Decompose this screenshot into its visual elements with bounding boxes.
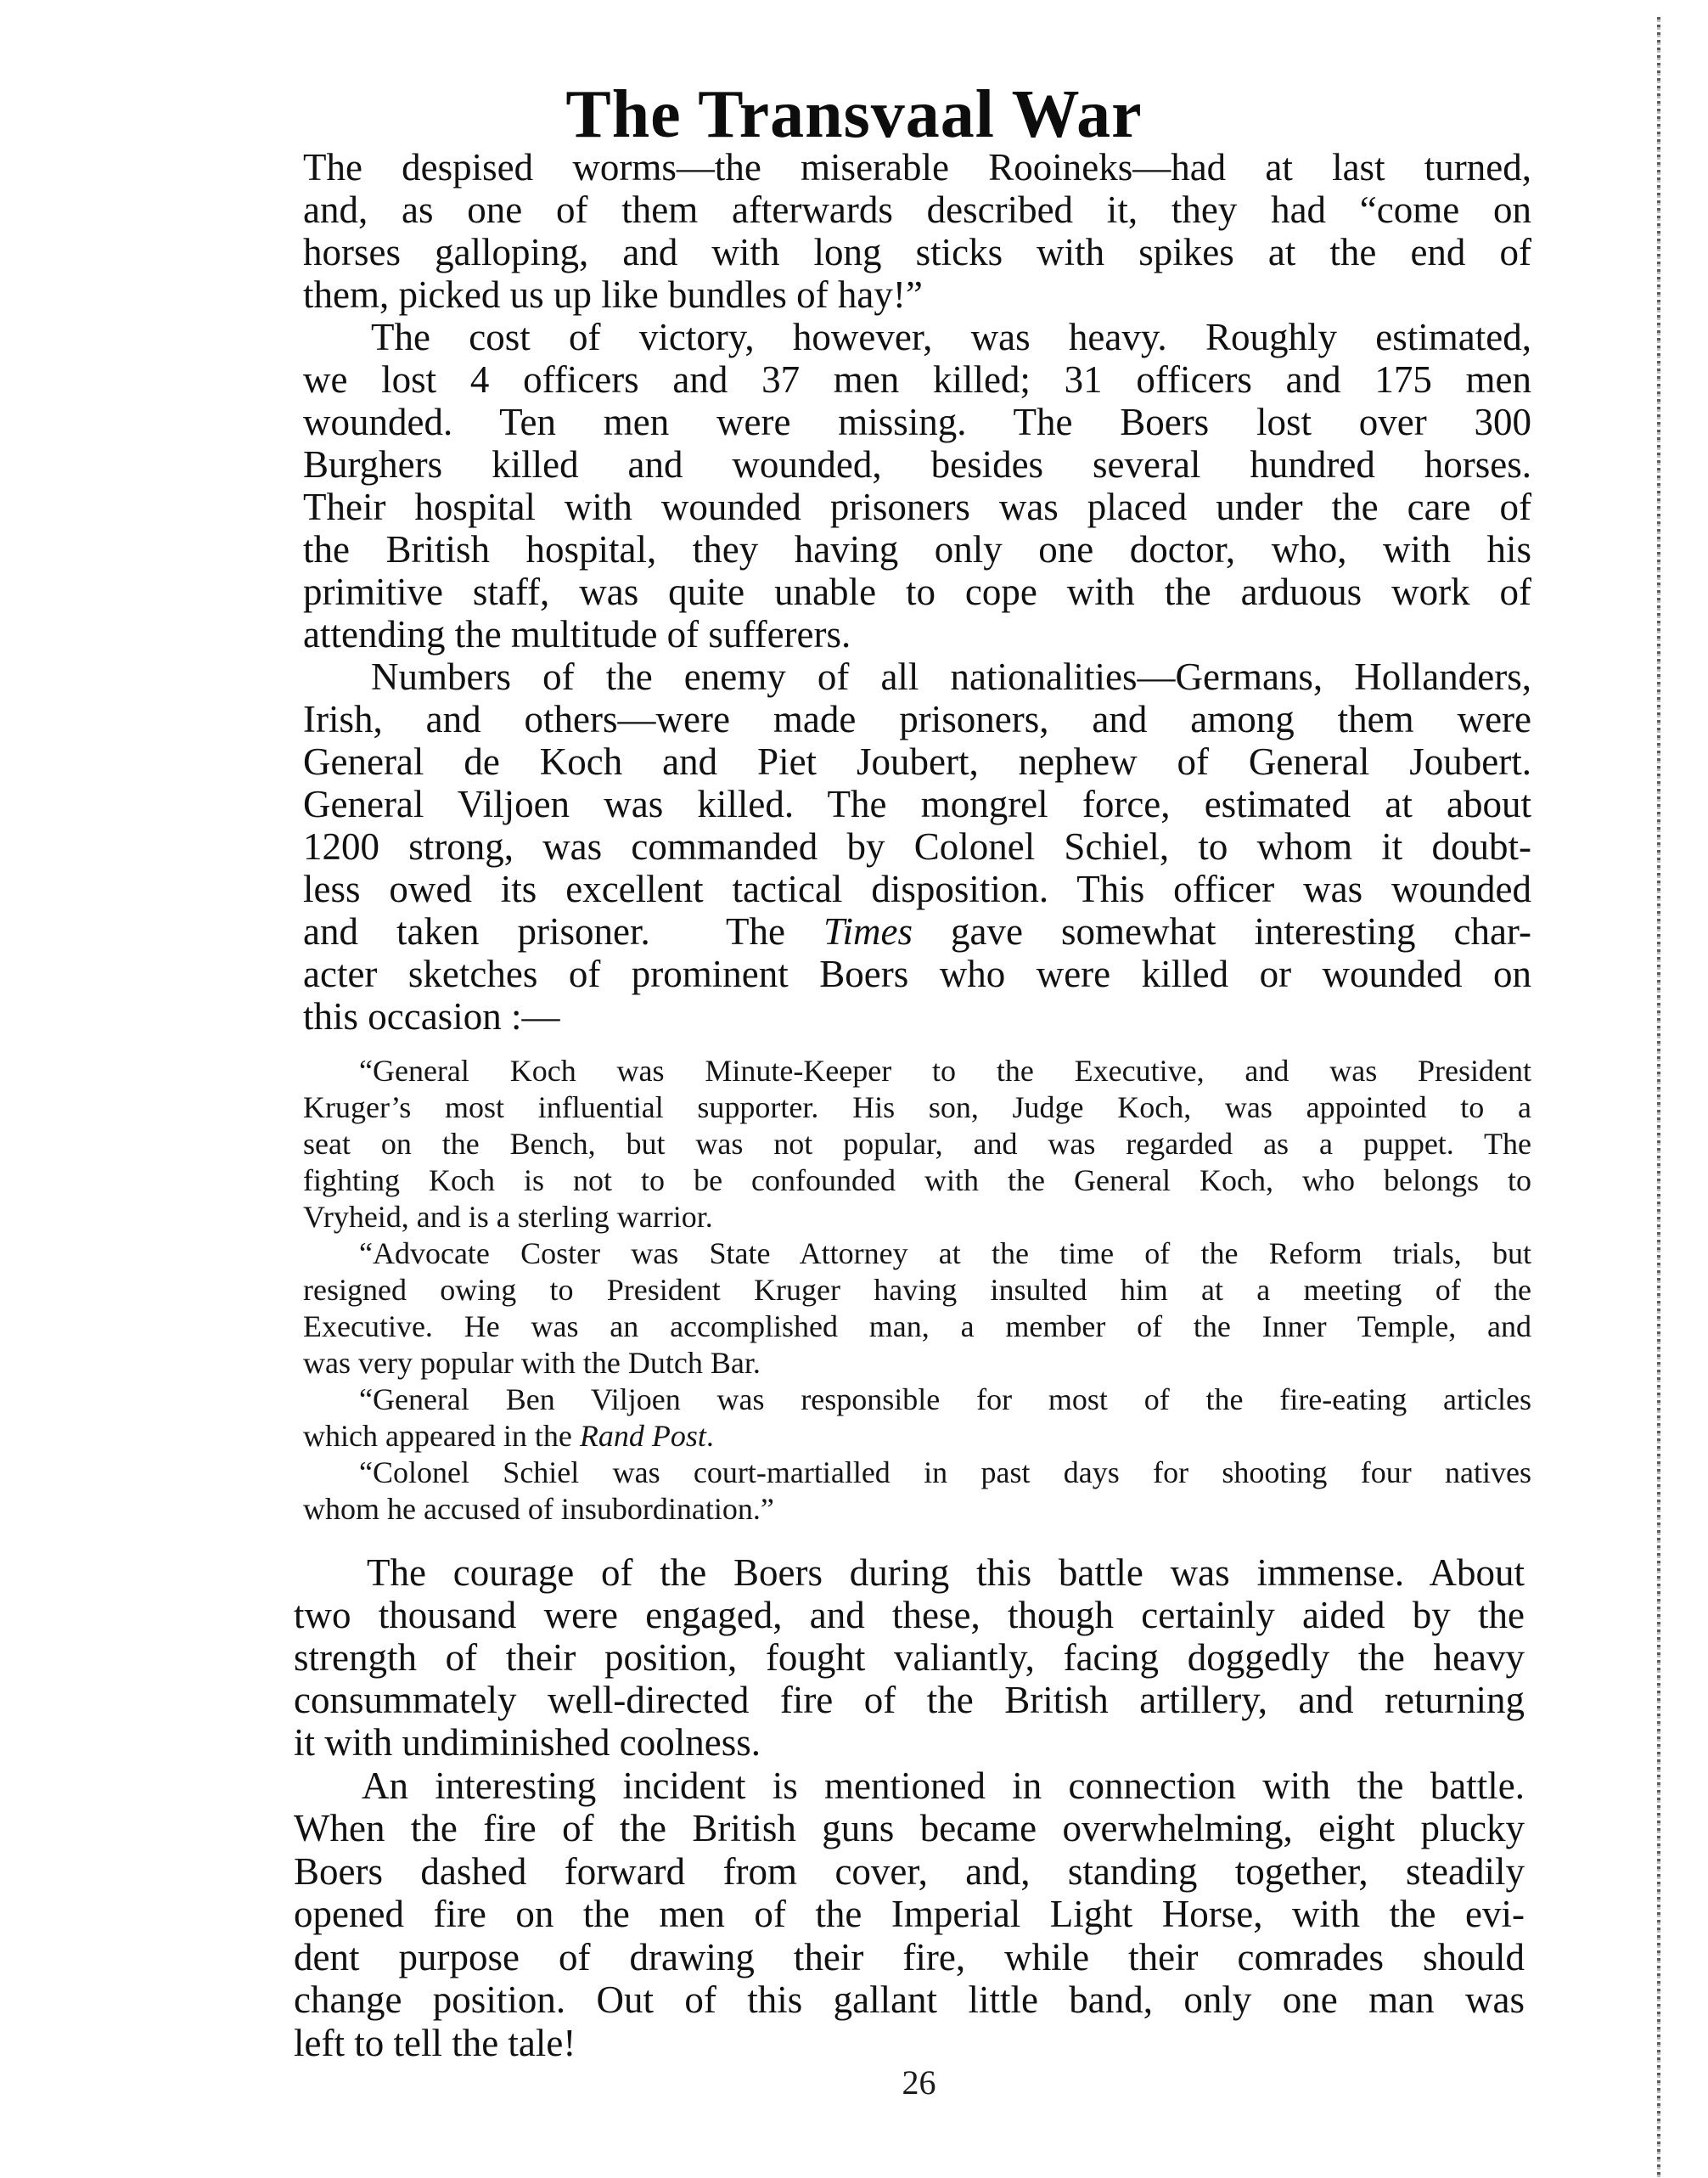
text-line: strength of their position, fought valia… [294, 1636, 1525, 1679]
page-title: The Transvaal War [0, 76, 1708, 153]
text-segment: gave somewhat interesting char- [913, 910, 1531, 953]
quote-line: Kruger’s most influential supporter. His… [303, 1089, 1531, 1126]
text-line: Numbers of the enemy of all nationalitie… [371, 656, 1531, 698]
quote-line: fighting Koch is not to be confounded wi… [303, 1162, 1531, 1199]
text-line: horses galloping, and with long sticks w… [303, 231, 1531, 273]
text-segment: and taken prisoner. The [303, 910, 823, 953]
text-line: consummately well-directed fire of the B… [294, 1679, 1525, 1721]
quote-line: resigned owing to President Kruger havin… [303, 1272, 1531, 1308]
text-line: left to tell the tale! [294, 2022, 1525, 2064]
scan-edge-line [1657, 17, 1660, 2178]
quote-line: “General Koch was Minute-Keeper to the E… [359, 1053, 1531, 1089]
text-line: When the fire of the British guns became… [294, 1807, 1525, 1849]
text-line: we lost 4 officers and 37 men killed; 31… [303, 358, 1531, 401]
text-line: attending the multitude of sufferers. [303, 613, 1531, 656]
italic-title-times: Times [823, 910, 913, 953]
text-line: General Viljoen was killed. The mongrel … [303, 783, 1531, 825]
quote-line: whom he accused of insubordination.” [303, 1491, 1531, 1528]
text-segment: . [706, 1419, 714, 1453]
text-line: The cost of victory, however, was heavy.… [371, 316, 1531, 358]
text-line: it with undiminished coolness. [294, 1721, 1525, 1764]
text-line: dent purpose of drawing their fire, whil… [294, 1936, 1525, 1978]
text-line: change position. Out of this gallant lit… [294, 1978, 1525, 2021]
text-line: Burghers killed and wounded, besides sev… [303, 443, 1531, 486]
text-line: less owed its excellent tactical disposi… [303, 868, 1531, 910]
text-line-times: and taken prisoner. The Times gave somew… [303, 910, 1531, 953]
text-line: and, as one of them afterwards described… [303, 189, 1531, 231]
text-line: An interesting incident is mentioned in … [362, 1764, 1525, 1807]
text-line: two thousand were engaged, and these, th… [294, 1594, 1525, 1636]
quote-line: “General Ben Viljoen was responsible for… [359, 1382, 1531, 1418]
quote-line: Executive. He was an accomplished man, a… [303, 1308, 1531, 1345]
quote-line: “Colonel Schiel was court-martialled in … [359, 1455, 1531, 1491]
text-line: General de Koch and Piet Joubert, nephew… [303, 740, 1531, 783]
text-line: this occasion :— [303, 995, 1531, 1038]
text-line: The despised worms—the miserable Rooinek… [303, 146, 1531, 189]
text-segment: which appeared in the [303, 1419, 580, 1453]
text-line: Their hospital with wounded prisoners wa… [303, 486, 1531, 528]
quote-line: was very popular with the Dutch Bar. [303, 1345, 1531, 1382]
text-line: acter sketches of prominent Boers who we… [303, 953, 1531, 995]
text-line: primitive staff, was quite unable to cop… [303, 571, 1531, 613]
quote-line: seat on the Bench, but was not popular, … [303, 1126, 1531, 1162]
quote-line: Vryheid, and is a sterling warrior. [303, 1199, 1531, 1235]
text-line: Irish, and others—were made prisoners, a… [303, 698, 1531, 740]
page-number: 26 [0, 2062, 1708, 2104]
text-line: Boers dashed forward from cover, and, st… [294, 1850, 1525, 1893]
quote-line: “Advocate Coster was State Attorney at t… [359, 1235, 1531, 1272]
quote-line-rand-post: which appeared in the Rand Post. [303, 1418, 1531, 1455]
text-line: them, picked us up like bundles of hay!” [303, 273, 1531, 316]
text-line: wounded. Ten men were missing. The Boers… [303, 401, 1531, 443]
text-line: opened fire on the men of the Imperial L… [294, 1893, 1525, 1935]
text-line: the British hospital, they having only o… [303, 528, 1531, 571]
text-line: 1200 strong, was commanded by Colonel Sc… [303, 825, 1531, 868]
italic-title-rand-post: Rand Post [580, 1419, 706, 1453]
text-line: The courage of the Boers during this bat… [367, 1551, 1525, 1594]
